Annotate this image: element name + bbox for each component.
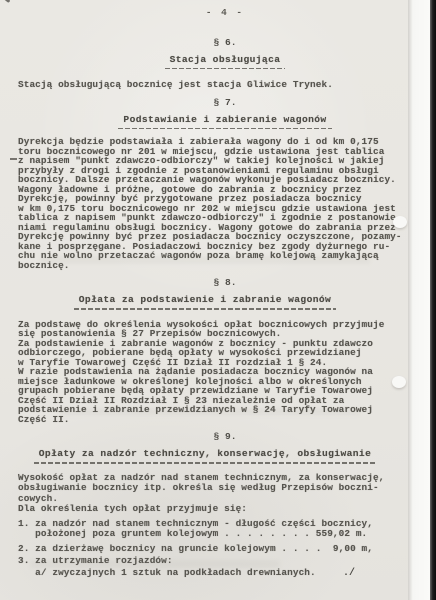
list-item-2: 2. za dzierżawę bocznicy na gruncie kole… xyxy=(18,544,410,554)
section-7-heading: Podstawianie i zabieranie wagonów xyxy=(123,114,326,129)
section-8-heading: Opłata za podstawienie i zabranie wagonó… xyxy=(79,294,331,309)
section-6-number: § 6. xyxy=(0,38,410,48)
text-line: Dla określenia tych opłat przyjmuje się: xyxy=(18,504,410,515)
continuation-mark: ./ xyxy=(343,568,355,579)
scan-edge-bar xyxy=(430,0,436,600)
section-6-heading-row: Stacja obsługująca xyxy=(0,52,410,69)
section-9-heading: Opłaty za nadzór techniczny, konserwację… xyxy=(39,448,372,463)
text-line: położonej poza gruntem kolejowym . . . .… xyxy=(18,529,410,539)
section-8-heading-row: Opłata za podstawienie i zabranie wagonó… xyxy=(0,292,410,309)
scan-smudge xyxy=(40,256,370,264)
section-6: § 6. Stacja obsługująca Stacją obsługują… xyxy=(0,38,410,90)
text-line: obsługiwanie bocznicy itp. określa się w… xyxy=(18,483,410,494)
scan-background-strip xyxy=(408,0,430,600)
scan-corner-mark xyxy=(0,0,10,3)
section-7-number: § 7. xyxy=(0,98,410,108)
section-9-heading-row: Opłaty za nadzór techniczny, konserwację… xyxy=(0,446,410,463)
section-7: § 7. Podstawianie i zabieranie wagonów D… xyxy=(0,98,410,270)
section-9-text: Wysokość opłat za nadzór nad stanem tech… xyxy=(0,473,410,515)
hole-punch-bottom xyxy=(392,376,406,388)
text-line: Część II. xyxy=(18,415,410,425)
list-item-1: 1. za nadzór nad stanem technicznym - dł… xyxy=(18,519,410,539)
section-8-number: § 8. xyxy=(0,278,410,288)
text-line: 2. za dzierżawę bocznicy na gruncie kole… xyxy=(18,544,410,554)
hole-punch-top xyxy=(393,216,407,228)
section-8: § 8. Opłata za podstawienie i zabranie w… xyxy=(0,278,410,424)
paper: - 4 - § 6. Stacja obsługująca Stacją obs… xyxy=(0,0,410,600)
scan-smudge xyxy=(60,408,360,415)
section-7-heading-row: Podstawianie i zabieranie wagonów xyxy=(0,112,410,129)
scanned-document-page: - 4 - § 6. Stacja obsługująca Stacją obs… xyxy=(0,0,436,600)
section-6-text: Stacją obsługującą bocznicę jest stacja … xyxy=(0,80,410,90)
section-9-number: § 9. xyxy=(0,432,410,442)
section-6-heading: Stacja obsługująca xyxy=(170,54,281,69)
scan-stray-dash xyxy=(10,158,17,160)
scan-smudge xyxy=(30,560,280,568)
text-line: Stacją obsługującą bocznicę jest stacja … xyxy=(18,80,410,90)
section-7-text: Dyrekcja będzie podstawiała i zabierała … xyxy=(0,137,410,270)
page-number: - 4 - xyxy=(0,8,410,18)
section-9: § 9. Opłaty za nadzór techniczny, konser… xyxy=(0,432,410,578)
